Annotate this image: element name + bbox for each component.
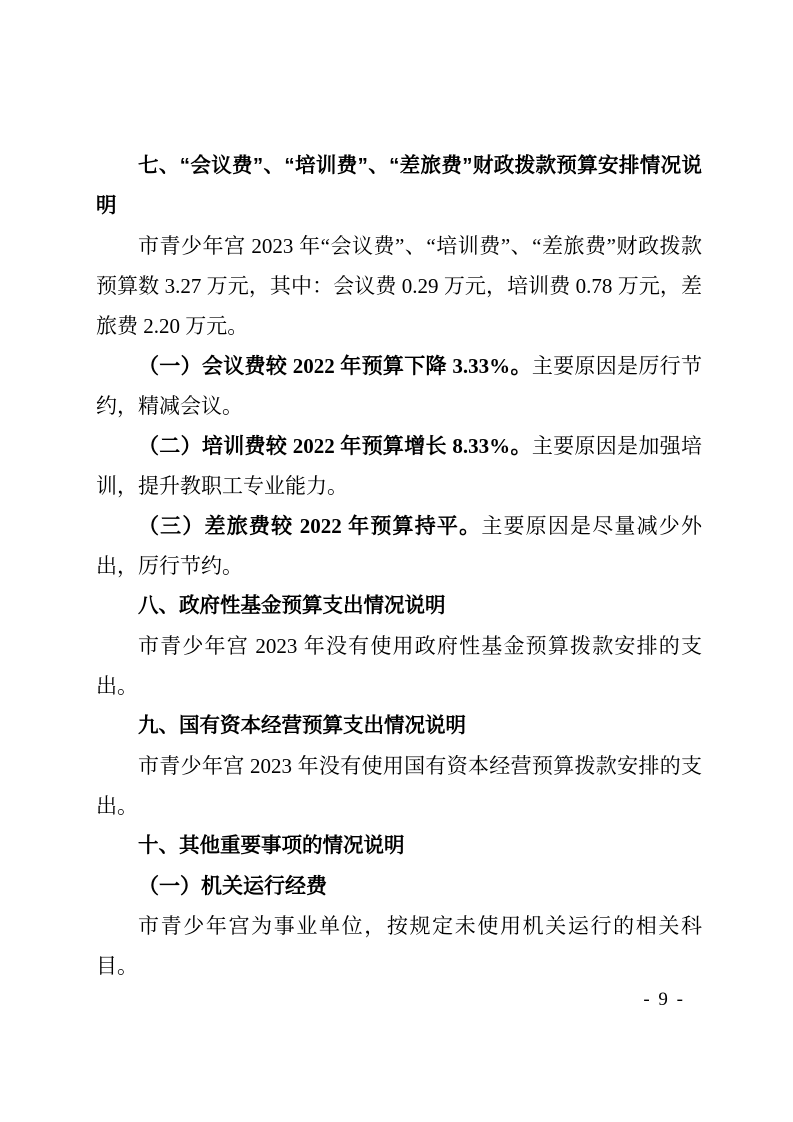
document-content: 七、“会议费”、“培训费”、“差旅费”财政拨款预算安排情况说明 市青少年宫 20… — [96, 146, 702, 986]
section-9-heading: 九、国有资本经营预算支出情况说明 — [96, 706, 702, 746]
section-7-item-1: （一）会议费较 2022 年预算下降 3.33%。主要原因是厉行节约，精减会议。 — [96, 346, 702, 426]
section-7-item-3-lead: （三）差旅费较 2022 年预算持平。 — [138, 514, 481, 538]
section-7-item-1-lead: （一）会议费较 2022 年预算下降 3.33%。 — [138, 354, 532, 378]
section-8-paragraph: 市青少年宫 2023 年没有使用政府性基金预算拨款安排的支出。 — [96, 626, 702, 706]
section-7-item-2-lead: （二）培训费较 2022 年预算增长 8.33%。 — [138, 434, 532, 458]
section-7-item-3: （三）差旅费较 2022 年预算持平。主要原因是尽量减少外出，厉行节约。 — [96, 506, 702, 586]
section-8-heading: 八、政府性基金预算支出情况说明 — [96, 586, 702, 626]
section-7-heading: 七、“会议费”、“培训费”、“差旅费”财政拨款预算安排情况说明 — [96, 146, 702, 226]
section-10-paragraph: 市青少年宫为事业单位，按规定未使用机关运行的相关科目。 — [96, 906, 702, 986]
section-7-paragraph: 市青少年宫 2023 年“会议费”、“培训费”、“差旅费”财政拨款预算数 3.2… — [96, 226, 702, 346]
section-7-item-2: （二）培训费较 2022 年预算增长 8.33%。主要原因是加强培训，提升教职工… — [96, 426, 702, 506]
section-10-sub-heading: （一）机关运行经费 — [96, 866, 702, 906]
section-10-heading: 十、其他重要事项的情况说明 — [96, 826, 702, 866]
document-page: 七、“会议费”、“培训费”、“差旅费”财政拨款预算安排情况说明 市青少年宫 20… — [0, 0, 793, 1122]
page-number: - 9 - — [643, 988, 685, 1012]
section-9-paragraph: 市青少年宫 2023 年没有使用国有资本经营预算拨款安排的支出。 — [96, 746, 702, 826]
